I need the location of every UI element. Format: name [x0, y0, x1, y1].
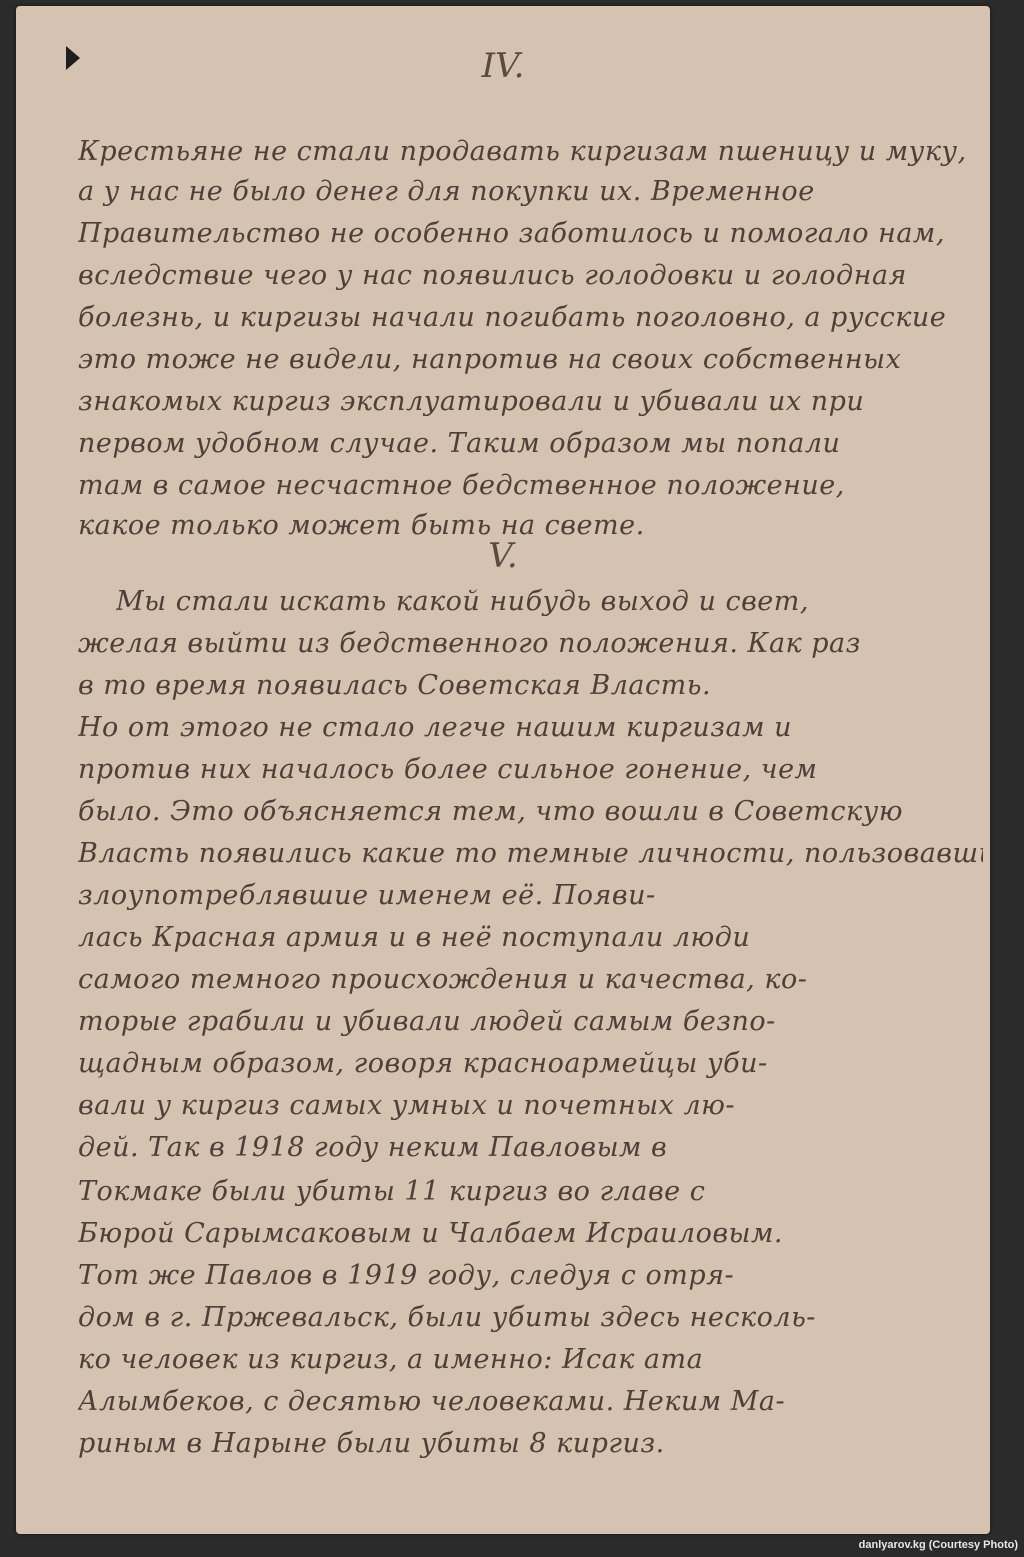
text-line: Крестьяне не стали продавать киргизам пш… — [78, 136, 983, 167]
text-line: вали у киргиз самых умных и почетных лю- — [78, 1090, 983, 1121]
text-line: щадным образом, говоря красноармейцы уби… — [78, 1048, 983, 1079]
text-line: Правительство не особенно заботилось и п… — [78, 218, 983, 249]
text-line: Но от этого не стало легче нашим киргиза… — [78, 712, 983, 743]
text-line: там в самое несчастное бедственное полож… — [78, 470, 983, 501]
text-line: это тоже не видели, напротив на своих со… — [78, 344, 983, 375]
text-line: Мы стали искать какой нибудь выход и све… — [116, 586, 1021, 617]
text-line: Алымбеков, с десятью человеками. Неким М… — [78, 1386, 983, 1417]
text-line: самого темного происхождения и качества,… — [78, 964, 983, 995]
text-line: риным в Нарыне были убиты 8 киргиз. — [78, 1428, 983, 1459]
text-line: дей. Так в 1918 году неким Павловым в — [78, 1132, 983, 1163]
text-line: в то время появилась Советская Власть. — [78, 670, 983, 701]
photo-credit: danlyarov.kg (Courtesy Photo) — [859, 1539, 1018, 1551]
text-line: против них началось более сильное гонени… — [78, 754, 983, 785]
text-line: знакомых киргиз эксплуатировали и убивал… — [78, 386, 983, 417]
text-line: Тот же Павлов в 1919 году, следуя с отря… — [78, 1260, 983, 1291]
document-page: IV. Крестьяне не стали продавать киргиза… — [16, 6, 990, 1534]
text-line: Токмаке были убиты 11 киргиз во главе с — [78, 1176, 983, 1207]
text-line: первом удобном случае. Таким образом мы … — [78, 428, 983, 459]
text-line: желая выйти из бедственного положения. К… — [78, 628, 983, 659]
section-heading-iv: IV. — [16, 46, 990, 86]
text-line: торые грабили и убивали людей самым безп… — [78, 1006, 983, 1037]
text-line: Бюрой Сарымсаковым и Чалбаем Исраиловым. — [78, 1218, 983, 1249]
text-line: Власть появились какие то темные личност… — [78, 838, 983, 869]
text-line: дом в г. Пржевальск, были убиты здесь не… — [78, 1302, 983, 1333]
text-line: болезнь, и киргизы начали погибать погол… — [78, 302, 983, 333]
text-line: было. Это объясняется тем, что вошли в С… — [78, 796, 983, 827]
section-heading-v: V. — [16, 536, 990, 576]
text-line: злоупотреблявшие именем её. Появи- — [78, 880, 983, 911]
text-line: ко человек из киргиз, а именно: Исак ата — [78, 1344, 983, 1375]
text-line: а у нас не было денег для покупки их. Вр… — [78, 176, 983, 207]
text-line: лась Красная армия и в неё поступали люд… — [78, 922, 983, 953]
text-line: вследствие чего у нас появились голодовк… — [78, 260, 983, 291]
